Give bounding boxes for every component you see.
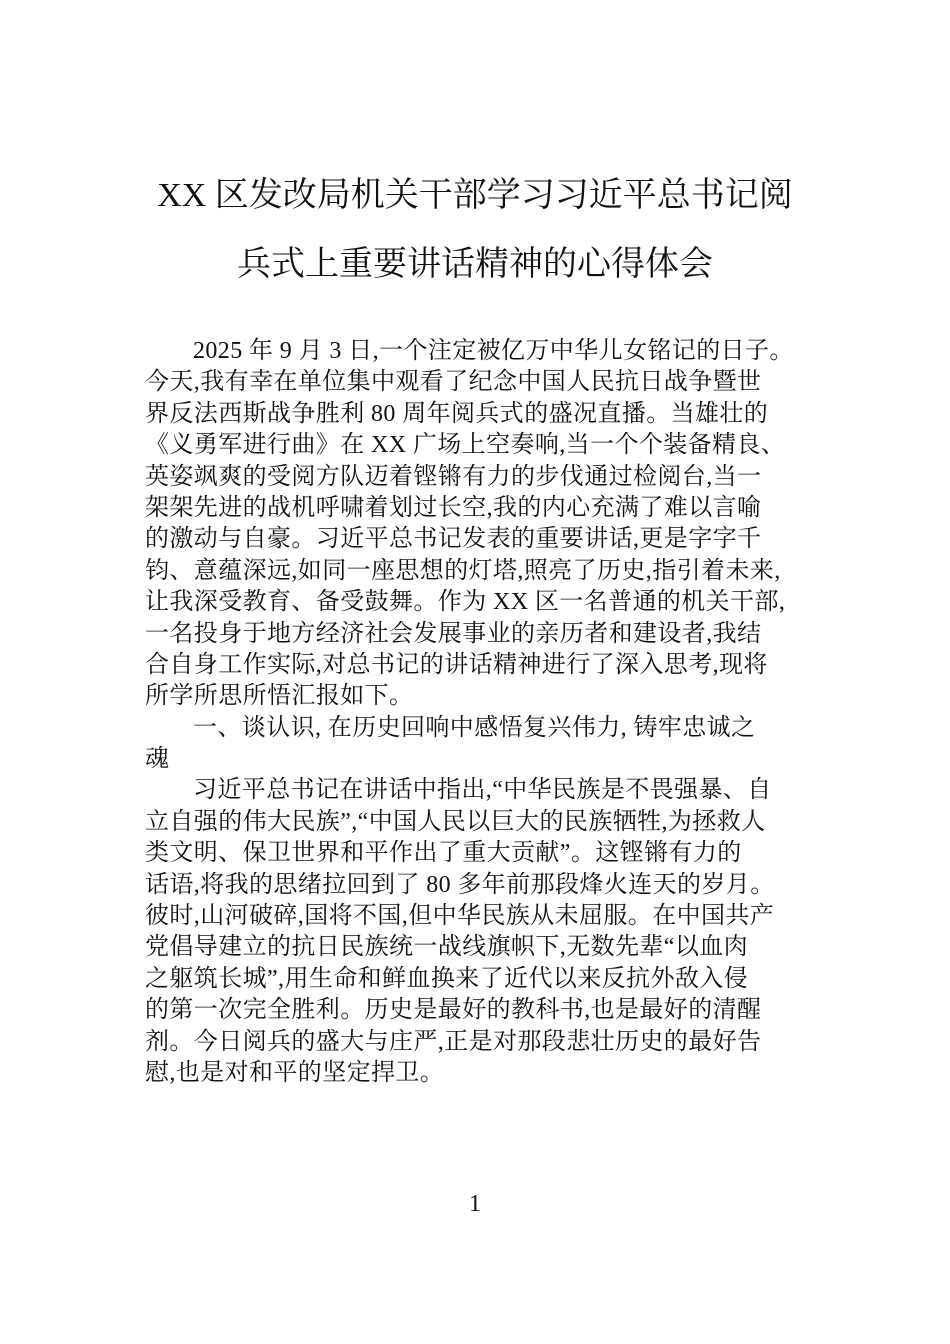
text-line: 架架先进的战机呼啸着划过长空,我的内心充满了难以言喻 [145,493,815,524]
text-line: 彼时,山河破碎,国将不国,但中华民族从未屈服。在中国共产 [145,901,815,932]
document-body: 2025 年 9 月 3 日,一个注定被亿万中华儿女铭记的日子。 今天,我有幸在… [145,336,815,1089]
heading-line: 魂 [145,744,815,775]
text-line: 英姿飒爽的受阅方队迈着铿锵有力的步伐通过检阅台,当一 [145,462,815,493]
text-line: 话语,将我的思绪拉回到了 80 多年前那段烽火连天的岁月。 [145,870,815,901]
text-line: 《义勇军进行曲》在 XX 广场上空奏响,当一个个装备精良、 [145,430,815,461]
text-line: 合自身工作实际,对总书记的讲话精神进行了深入思考,现将 [145,650,815,681]
text-line: 立自强的伟大民族”,“中国人民以巨大的民族牺牲,为拯救人 [145,807,815,838]
paragraph-intro: 2025 年 9 月 3 日,一个注定被亿万中华儿女铭记的日子。 今天,我有幸在… [145,336,815,713]
text-line: 所学所思所悟汇报如下。 [145,681,815,712]
document-title-line-2: 兵式上重要讲话精神的心得体会 [0,245,950,285]
text-line: 党倡导建立的抗日民族统一战线旗帜下,无数先辈“以血肉 [145,932,815,963]
text-line: 慰,也是对和平的坚定捍卫。 [145,1058,815,1089]
text-line: 习近平总书记在讲话中指出,“中华民族是不畏强暴、自 [145,775,815,806]
text-line: 类文明、保卫世界和平作出了重大贡献”。这铿锵有力的 [145,838,815,869]
text-line: 界反法西斯战争胜利 80 周年阅兵式的盛况直播。当雄壮的 [145,399,815,430]
text-line: 的激动与自豪。习近平总书记发表的重要讲话,更是字字千 [145,524,815,555]
text-line: 之躯筑长城”,用生命和鲜血换来了近代以来反抗外敌入侵 [145,964,815,995]
document-title-line-1: XX 区发改局机关干部学习习近平总书记阅 [0,176,950,216]
heading-line: 一、谈认识, 在历史回响中感悟复兴伟力, 铸牢忠诚之 [145,713,815,744]
page-number: 1 [0,1189,950,1219]
text-line: 2025 年 9 月 3 日,一个注定被亿万中华儿女铭记的日子。 [145,336,815,367]
paragraph-section-1: 习近平总书记在讲话中指出,“中华民族是不畏强暴、自 立自强的伟大民族”,“中国人… [145,775,815,1089]
section-heading-1: 一、谈认识, 在历史回响中感悟复兴伟力, 铸牢忠诚之 魂 [145,713,815,776]
text-line: 的第一次完全胜利。历史是最好的教科书,也是最好的清醒 [145,995,815,1026]
text-line: 让我深受教育、备受鼓舞。作为 XX 区一名普通的机关干部, [145,587,815,618]
text-line: 钧、意蕴深远,如同一座思想的灯塔,照亮了历史,指引着未来, [145,556,815,587]
text-line: 一名投身于地方经济社会发展事业的亲历者和建设者,我结 [145,619,815,650]
text-line: 剂。今日阅兵的盛大与庄严,正是对那段悲壮历史的最好告 [145,1027,815,1058]
text-line: 今天,我有幸在单位集中观看了纪念中国人民抗日战争暨世 [145,367,815,398]
